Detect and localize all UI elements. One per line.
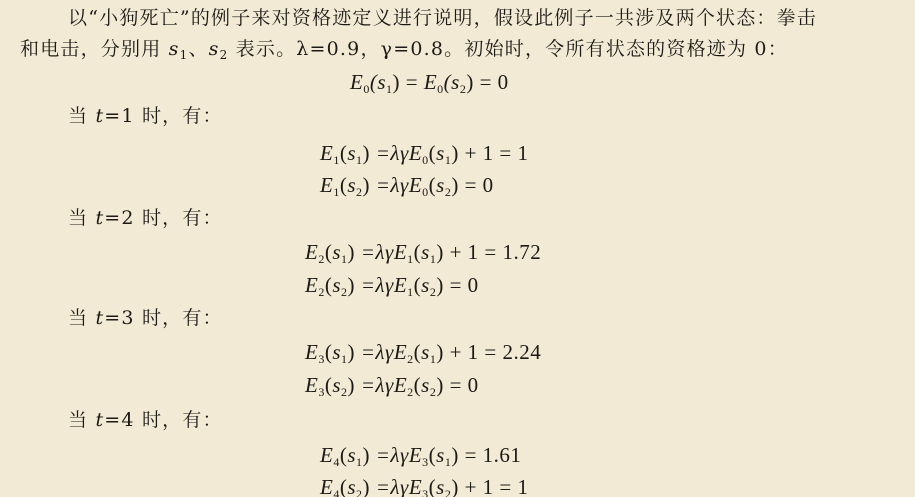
formula-sub: 1 bbox=[333, 153, 340, 167]
formula-paren: ) bbox=[466, 70, 474, 94]
formula-rhs: =λγ bbox=[361, 240, 394, 264]
step-label-prefix: 当 bbox=[68, 105, 95, 127]
formula-sub: 3 bbox=[318, 352, 325, 366]
formula-E: E bbox=[320, 141, 333, 165]
step-3-formula-2: E3(s2) =λγE2(s2) = 0 bbox=[305, 373, 479, 397]
intro-line-2: 和电击，分别用 s1、s2 表示。λ=0.9，γ=0.8。初始时，令所有状态的资… bbox=[20, 37, 788, 61]
formula-s: s bbox=[332, 273, 341, 297]
formula-E: E bbox=[424, 70, 437, 94]
formula-s: s bbox=[436, 173, 445, 197]
formula-s: s bbox=[332, 240, 341, 264]
formula-E: E bbox=[409, 141, 422, 165]
formula-sub: 1 bbox=[341, 252, 348, 266]
formula-tail: ) = 0 bbox=[451, 173, 493, 197]
intro-text-2c: 。初始时，令所有状态的资格迹为 0： bbox=[444, 38, 788, 60]
formula-sub: 2 bbox=[407, 385, 414, 399]
var-t: t bbox=[95, 207, 104, 229]
formula-sub: 2 bbox=[356, 487, 363, 497]
step-label-prefix: 当 bbox=[68, 409, 95, 431]
formula-sub: 3 bbox=[422, 487, 429, 497]
separator: 、 bbox=[188, 38, 208, 60]
formula-sub: 2 bbox=[407, 352, 414, 366]
formula-sub: 1 bbox=[333, 185, 340, 199]
formula-s: s bbox=[332, 340, 341, 364]
var-t: t bbox=[95, 307, 104, 329]
formula-sub: 2 bbox=[341, 285, 348, 299]
var-s2: s bbox=[209, 38, 220, 60]
formula-rhs: =λγ bbox=[376, 475, 409, 497]
formula-sub: 4 bbox=[333, 487, 340, 497]
step-label-prefix: 当 bbox=[68, 307, 95, 329]
formula-rhs: =λγ bbox=[376, 173, 409, 197]
formula-E: E bbox=[305, 373, 318, 397]
formula-tail: ) = 0 bbox=[436, 373, 478, 397]
formula-E: E bbox=[320, 475, 333, 497]
step-1-formula-2: E1(s2) =λγE0(s2) = 0 bbox=[320, 173, 494, 197]
step-label-suffix: =2 时，有： bbox=[104, 207, 222, 229]
formula-rhs: =λγ bbox=[361, 340, 394, 364]
intro-text-2a: 和电击，分别用 bbox=[20, 38, 169, 60]
var-t: t bbox=[95, 105, 104, 127]
formula-rhs: =λγ bbox=[361, 373, 394, 397]
formula-eq: = 0 bbox=[474, 70, 509, 94]
step-2-label: 当 t=2 时，有： bbox=[68, 206, 223, 230]
formula-tail: ) + 1 = 1 bbox=[451, 141, 528, 165]
formula-eq: = bbox=[400, 70, 424, 94]
step-label-suffix: =1 时，有： bbox=[104, 105, 222, 127]
step-label-prefix: 当 bbox=[68, 207, 95, 229]
formula-E: E bbox=[394, 373, 407, 397]
formula-s: s bbox=[421, 273, 430, 297]
formula-s: s bbox=[421, 340, 430, 364]
formula-E: E bbox=[409, 443, 422, 467]
step-2-formula-2: E2(s2) =λγE1(s2) = 0 bbox=[305, 273, 479, 297]
formula-sub: 4 bbox=[333, 455, 340, 469]
formula-sub: 2 bbox=[356, 185, 363, 199]
lambda-value: λ=0.9 bbox=[296, 38, 360, 60]
var-s1: s bbox=[169, 38, 180, 60]
step-1-formula-1: E1(s1) =λγE0(s1) + 1 = 1 bbox=[320, 141, 529, 165]
formula-E: E bbox=[394, 240, 407, 264]
formula-s: s bbox=[421, 373, 430, 397]
formula-sub: 1 bbox=[356, 455, 363, 469]
step-3-formula-1: E3(s1) =λγE2(s1) + 1 = 2.24 bbox=[305, 340, 541, 364]
intro-text-1: 以“小狗死亡”的例子来对资格迹定义进行说明，假设此例子一共涉及两个状态：拳击 bbox=[68, 7, 817, 29]
step-2-formula-1: E2(s1) =λγE1(s1) + 1 = 1.72 bbox=[305, 240, 541, 264]
formula-s: s bbox=[436, 475, 445, 497]
step-1-label: 当 t=1 时，有： bbox=[68, 104, 223, 128]
formula-E: E bbox=[305, 273, 318, 297]
step-3-label: 当 t=3 时，有： bbox=[68, 306, 223, 330]
step-4-label: 当 t=4 时，有： bbox=[68, 408, 223, 432]
formula-sub: 3 bbox=[318, 385, 325, 399]
step-label-suffix: =4 时，有： bbox=[104, 409, 222, 431]
step-4-formula-1: E4(s1) =λγE3(s1) = 1.61 bbox=[320, 443, 521, 467]
gamma-value: γ=0.8 bbox=[381, 38, 445, 60]
formula-E: E bbox=[350, 70, 363, 94]
formula-s: s bbox=[347, 443, 356, 467]
formula-sub: 1 bbox=[407, 252, 414, 266]
formula-tail: ) + 1 = 1.72 bbox=[436, 240, 541, 264]
comma: ， bbox=[360, 38, 380, 60]
formula-sub: 2 bbox=[341, 385, 348, 399]
var-t: t bbox=[95, 409, 104, 431]
formula-tail: ) + 1 = 1 bbox=[451, 475, 528, 497]
formula-sub: 0 bbox=[422, 185, 429, 199]
formula-E: E bbox=[394, 340, 407, 364]
formula-E: E bbox=[409, 475, 422, 497]
formula-tail: ) = 1.61 bbox=[451, 443, 521, 467]
formula-E: E bbox=[305, 340, 318, 364]
formula-s: s bbox=[421, 240, 430, 264]
formula-sub: 0 bbox=[422, 153, 429, 167]
formula-rhs: =λγ bbox=[376, 141, 409, 165]
formula-s: s bbox=[332, 373, 341, 397]
formula-rhs: =λγ bbox=[376, 443, 409, 467]
formula-E: E bbox=[320, 173, 333, 197]
formula-sub: 2 bbox=[318, 285, 325, 299]
formula-sub: 1 bbox=[407, 285, 414, 299]
formula-sub: 2 bbox=[318, 252, 325, 266]
formula-arg: (s bbox=[444, 70, 460, 94]
formula-arg: (s bbox=[370, 70, 386, 94]
formula-s: s bbox=[436, 141, 445, 165]
formula-s: s bbox=[347, 173, 356, 197]
formula-tail: ) = 0 bbox=[436, 273, 478, 297]
formula-sub: 1 bbox=[341, 352, 348, 366]
formula-E: E bbox=[305, 240, 318, 264]
intro-line-1: 以“小狗死亡”的例子来对资格迹定义进行说明，假设此例子一共涉及两个状态：拳击 bbox=[68, 6, 817, 30]
formula-s: s bbox=[347, 141, 356, 165]
intro-text-2b: 表示。 bbox=[228, 38, 296, 60]
formula-E: E bbox=[394, 273, 407, 297]
formula-E: E bbox=[320, 443, 333, 467]
formula-sub: 3 bbox=[422, 455, 429, 469]
step-label-suffix: =3 时，有： bbox=[104, 307, 222, 329]
formula-sub: 1 bbox=[356, 153, 363, 167]
formula-paren: ) bbox=[393, 70, 401, 94]
formula-tail: ) + 1 = 2.24 bbox=[436, 340, 541, 364]
formula-s: s bbox=[436, 443, 445, 467]
formula-E: E bbox=[409, 173, 422, 197]
step-4-formula-2: E4(s2) =λγE3(s2) + 1 = 1 bbox=[320, 475, 529, 497]
formula-rhs: =λγ bbox=[361, 273, 394, 297]
initial-formula: E0(s1) = E0(s2) = 0 bbox=[350, 70, 509, 94]
formula-s: s bbox=[347, 475, 356, 497]
